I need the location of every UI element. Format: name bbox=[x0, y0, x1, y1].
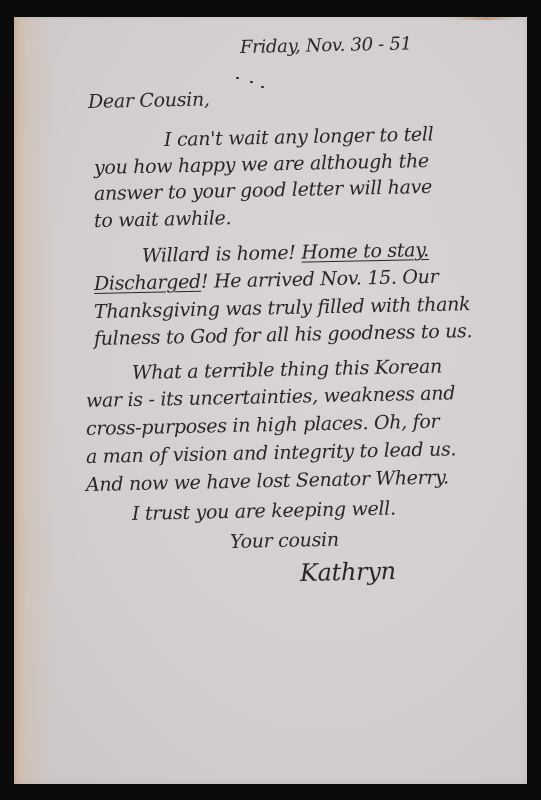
letter-line: What a terrible thing this Korean bbox=[132, 356, 442, 384]
letter-line: Thanksgiving was truly filled with thank bbox=[94, 293, 471, 323]
letter-line: Willard is home! Home to stay. bbox=[142, 239, 429, 267]
letter-line: Discharged! He arrived Nov. 15. Our bbox=[94, 266, 439, 295]
ink-speck bbox=[261, 86, 264, 88]
letter-line: you how happy we are although the bbox=[94, 150, 429, 179]
letter-line: answer to your good letter will have bbox=[94, 176, 432, 205]
letter-line: cross-purposes in high places. Oh, for bbox=[86, 411, 440, 440]
letter-line: fulness to God for all his goodness to u… bbox=[94, 320, 473, 350]
underlined-text: Home to stay. bbox=[301, 239, 429, 264]
ink-speck bbox=[250, 81, 253, 83]
salutation: Dear Cousin, bbox=[88, 88, 210, 113]
letter-line: And now we have lost Senator Wherry. bbox=[86, 466, 449, 496]
line-text: Willard is home! bbox=[142, 242, 302, 267]
closing: Your cousin bbox=[230, 529, 339, 553]
underlined-text: Discharged bbox=[94, 271, 201, 295]
signature: Kathryn bbox=[300, 557, 396, 587]
letter-line: war is - its uncertainties, weakness and bbox=[86, 382, 456, 412]
line-text: ! He arrived Nov. 15. Our bbox=[201, 266, 439, 293]
letter-line: a man of vision and integrity to lead us… bbox=[86, 438, 457, 468]
letter-line: I trust you are keeping well. bbox=[132, 497, 396, 525]
letter-line: to wait awhile. bbox=[94, 207, 232, 232]
letter-paper: Friday, Nov. 30 - 51 Dear Cousin, I can'… bbox=[14, 17, 527, 784]
letter-date: Friday, Nov. 30 - 51 bbox=[240, 33, 412, 58]
letter-line: I can't wait any longer to tell bbox=[164, 123, 434, 151]
ink-speck bbox=[236, 77, 239, 79]
